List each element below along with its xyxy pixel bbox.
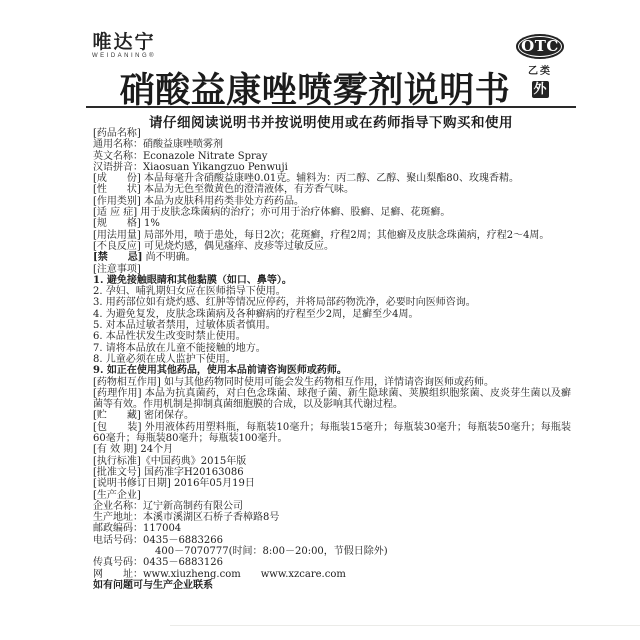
doc-line: [贮 藏] 密闭保存。 <box>93 410 571 421</box>
brand-latin-name: WEIDANING® <box>92 53 156 59</box>
brand-name: 唯达宁 <box>92 33 156 52</box>
doc-line: [不良反应] 可见烧灼感，偶见瘙痒、皮疹等过敏反应。 <box>93 241 571 252</box>
doc-line: [药理作用] 本品为抗真菌药，对白色念珠菌、球孢子菌、新生隐球菌、荚膜组织胞浆菌… <box>93 388 571 411</box>
leaflet-page: 唯达宁 WEIDANING® 硝酸益康唑喷雾剂说明书 OTC 乙类 外 请仔细阅… <box>0 0 640 640</box>
doc-line: 邮政编码：117004 <box>93 523 571 534</box>
doc-line: 电话号码：0435－6883266 <box>93 535 571 546</box>
doc-line: 8. 儿童必须在成人监护下使用。 <box>93 354 571 365</box>
doc-line: 400－7070777(时间：8:00－20:00，节假日除外) <box>93 546 571 557</box>
doc-line: 传真号码：0435－6883126 <box>93 557 571 568</box>
doc-line: [执行标准]《中国药典》2015年版 <box>93 456 571 467</box>
doc-line: [生产企业] <box>93 490 571 501</box>
doc-line: [规 格] 1% <box>93 218 571 229</box>
doc-line: 企业名称：辽宁新高制药有限公司 <box>93 501 571 512</box>
doc-line: 汉语拼音：Xiaosuan Yikangzuo Penwuji <box>93 162 571 173</box>
doc-line: [说明书修订日期] 2016年05月19日 <box>93 478 571 489</box>
doc-line: [批准文号] 国药准字H20163086 <box>93 467 571 478</box>
doc-line: [药品名称] <box>93 128 571 139</box>
doc-line: 1. 避免接触眼睛和其他黏膜（如口、鼻等）。 <box>93 275 571 286</box>
scan-edge-line <box>170 625 640 626</box>
doc-line: [有 效 期] 24个月 <box>93 444 571 455</box>
doc-line: 6. 本品性状发生改变时禁止使用。 <box>93 331 571 342</box>
doc-line: [禁 忌] 尚不明确。 <box>93 252 571 263</box>
doc-line: [适 应 症] 用于皮肤念珠菌病的治疗；亦可用于治疗体癣、股癣、足癣、花斑癣。 <box>93 207 571 218</box>
doc-line: [作用类别] 本品为皮肤科用药类非处方药药品。 <box>93 196 571 207</box>
doc-line: [性 状] 本品为无色至微黄色的澄清液体，有芳香气味。 <box>93 184 571 195</box>
doc-body: [药品名称]通用名称：硝酸益康唑喷雾剂英文名称：Econazole Nitrat… <box>93 128 571 591</box>
brand-logo: 唯达宁 WEIDANING® <box>92 33 156 59</box>
otc-class-label: 乙类 <box>512 62 568 77</box>
doc-line: 如有问题可与生产企业联系 <box>93 580 571 591</box>
doc-line: 9. 如正在使用其他药品，使用本品前请咨询医师或药师。 <box>93 365 571 376</box>
doc-line: [注意事项] <box>93 264 571 275</box>
title-divider <box>86 106 576 108</box>
otc-badge: OTC 乙类 外 <box>512 34 568 98</box>
doc-line: [成 份] 本品每毫升含硝酸益康唑0.01克。辅料为：丙二醇、乙醇、聚山梨酯80… <box>93 173 571 184</box>
doc-line: 3. 用药部位如有烧灼感、红肿等情况应停药，并将局部药物洗净，必要时向医师咨询。 <box>93 297 571 308</box>
doc-line: [包 装] 外用液体药用塑料瓶，每瓶装10毫升；每瓶装15毫升；每瓶装30毫升；… <box>93 422 571 445</box>
doc-line: 2. 孕妇、哺乳期妇女应在医师指导下使用。 <box>93 286 571 297</box>
doc-line: [用法用量] 局部外用，喷于患处，每日2次；花斑癣，疗程2周；其他癣及皮肤念珠菌… <box>93 230 571 241</box>
registered-mark: ® <box>149 53 156 59</box>
doc-line: 7. 请将本品放在儿童不能接触的地方。 <box>93 343 571 354</box>
doc-line: 5. 对本品过敏者禁用，过敏体质者慎用。 <box>93 320 571 331</box>
otc-logo-icon: OTC <box>516 34 564 59</box>
doc-line: 4. 为避免复发，皮肤念珠菌病及各种癣病的疗程至少2周，足癣至少4周。 <box>93 309 571 320</box>
doc-line: [药物相互作用] 如与其他药物同时使用可能会发生药物相互作用，详情请咨询医师或药… <box>93 377 571 388</box>
doc-line: 英文名称：Econazole Nitrate Spray <box>93 151 571 162</box>
doc-line: 通用名称：硝酸益康唑喷雾剂 <box>93 139 571 150</box>
doc-line: 网 址：www.xiuzheng.com www.xzcare.com <box>93 569 571 580</box>
external-use-badge: 外 <box>532 81 549 98</box>
doc-line: 生产地址：本溪市溪湖区石桥子香樟路8号 <box>93 512 571 523</box>
